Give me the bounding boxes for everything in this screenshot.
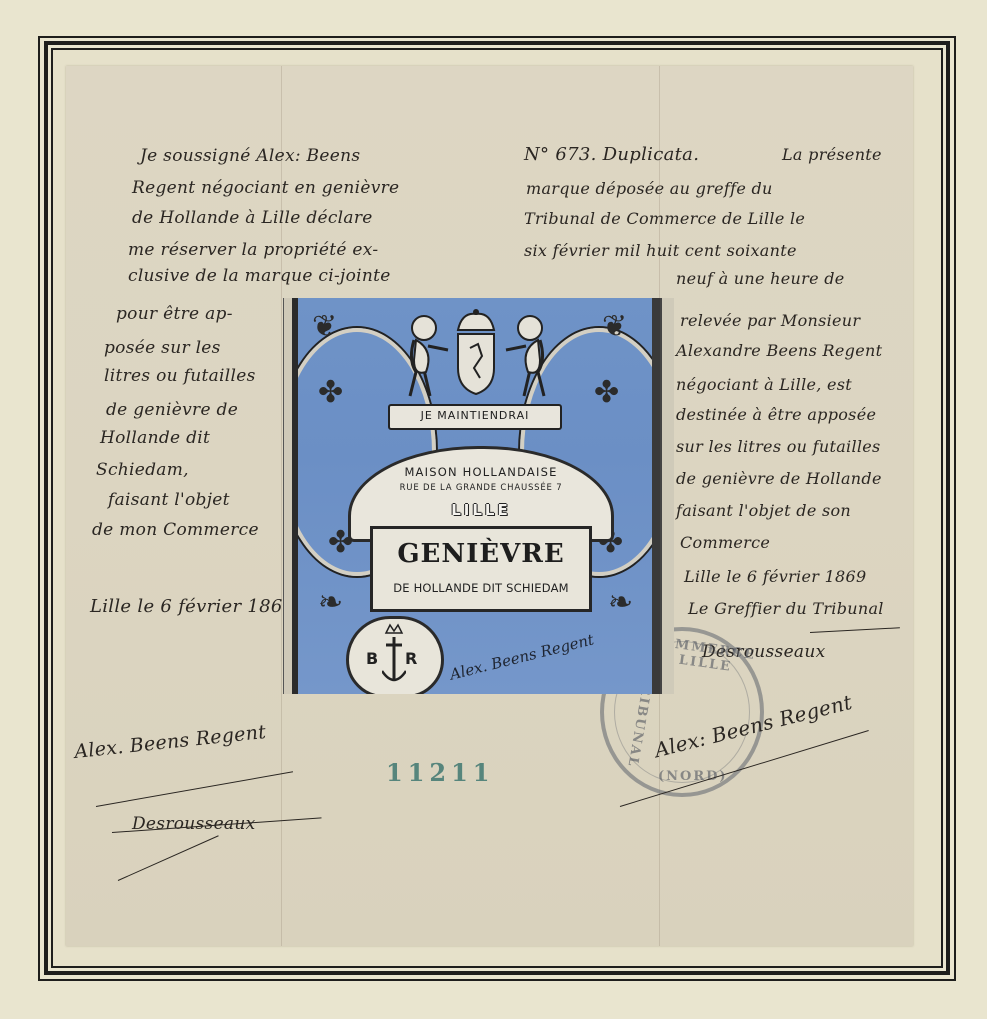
registration-line: Tribunal de Commerce de Lille le (524, 204, 805, 233)
registration-line: de genièvre de Hollande (676, 464, 882, 493)
left-declaration-line: clusive de la marque ci-jointe (128, 262, 391, 291)
vine-leaf-icon: ❦ (312, 312, 337, 342)
registration-line: faisant l'objet de son (676, 496, 851, 525)
registration-line: Commerce (680, 528, 770, 557)
left-declaration-line: Schiedam, (96, 456, 189, 485)
left-declaration-line: faisant l'objet (108, 486, 230, 515)
left-declaration-line: Regent négociant en genièvre (132, 174, 399, 203)
coat-of-arms-icon (448, 308, 504, 396)
left-declaration-line: Hollande dit (100, 424, 210, 453)
registration-header: N° 673. Duplicata. (524, 140, 699, 169)
city-name: LILLE (351, 501, 611, 519)
vine-leaf-icon: ❧ (608, 588, 633, 618)
monogram-medallion: B R (346, 616, 444, 694)
registration-line: neuf à une heure de (676, 264, 845, 293)
registration-line: relevée par Monsieur (680, 306, 860, 335)
left-declaration-line: Je soussigné Alex: Beens (140, 142, 360, 171)
anchor-crown-icon (382, 623, 406, 689)
left-declaration-line: de Hollande à Lille déclare (132, 204, 373, 233)
motto-banner: JE MAINTIENDRAI (388, 404, 562, 430)
registration-line: Alexandre Beens Regent (676, 336, 882, 365)
left-declaration-line: posée sur les (104, 334, 221, 363)
label-signature: Alex. Beens Regent (448, 630, 596, 683)
genievre-trademark-label: ❦ ❦ ✤ ✤ ✤ ✤ ❧ ❧ JE MAINTIENDRAI MAISON H… (292, 298, 660, 694)
lion-supporter-icon (394, 310, 450, 400)
left-declaration-line: de genièvre de (106, 396, 238, 425)
monogram-letter-b: B (366, 649, 378, 668)
left-place-date: Lille le 6 février 1869 (90, 592, 294, 621)
monogram-letter-r: R (405, 649, 417, 668)
vine-leaf-icon: ✤ (318, 378, 343, 408)
left-declaration-line: me réserver la propriété ex- (128, 236, 378, 265)
registration-line: destinée à être apposée (676, 400, 876, 429)
left-declaration-line: pour être ap- (116, 300, 233, 329)
vine-leaf-icon: ✤ (594, 378, 619, 408)
left-declaration-line: de mon Commerce (92, 516, 259, 545)
left-declaration-line: litres ou futailles (104, 362, 256, 391)
label-right-edge (660, 298, 674, 694)
product-name: GENIÈVRE (373, 539, 589, 569)
lion-supporter-icon (504, 310, 560, 400)
registration-line: six février mil huit cent soixante (524, 236, 797, 265)
registration-line: sur les litres ou futailles (676, 432, 881, 461)
vine-leaf-icon: ❦ (602, 312, 627, 342)
registration-date: Lille le 6 février 1869 (684, 562, 867, 591)
registration-clerk-title: Le Greffier du Tribunal (688, 594, 884, 623)
registration-line: marque déposée au greffe du (526, 174, 773, 203)
house-name: MAISON HOLLANDAISE (351, 465, 611, 479)
registration-line: négociant à Lille, est (676, 370, 852, 399)
product-panel: GENIÈVRE DE HOLLANDE DIT SCHIEDAM (370, 526, 592, 612)
left-countersignature: Desrousseaux (132, 810, 256, 839)
registration-line: La présente (782, 140, 882, 169)
street-address: RUE DE LA GRANDE CHAUSSÉE 7 (351, 483, 611, 493)
registration-number-stamp: 11211 (386, 758, 495, 787)
vine-leaf-icon: ❧ (318, 588, 343, 618)
product-subtitle: DE HOLLANDE DIT SCHIEDAM (373, 581, 589, 595)
